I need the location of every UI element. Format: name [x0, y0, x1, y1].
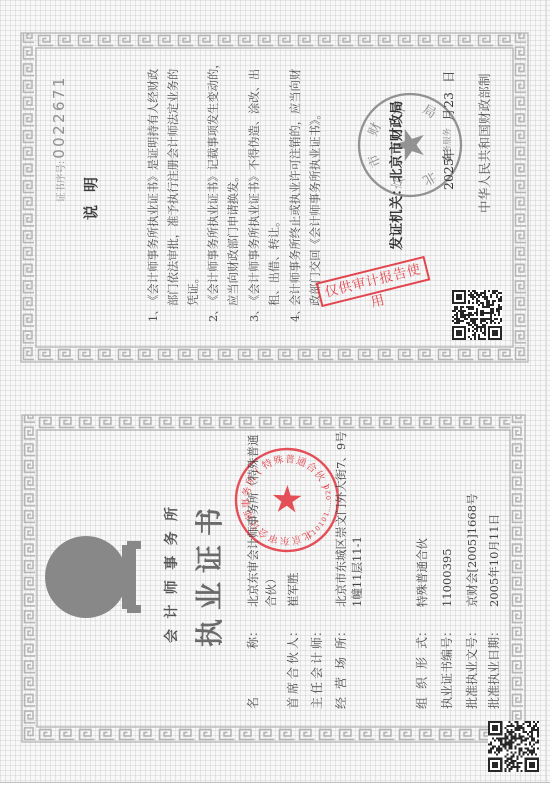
seal-char: 北 — [420, 168, 439, 187]
label-char: 准 — [487, 685, 501, 697]
national-emblem-icon — [45, 536, 141, 618]
firm-seal: 北京东审会计师事务所(特殊普通合伙) 110101……020 — [222, 435, 353, 566]
item-number: 1、 — [147, 304, 160, 323]
field-label: 组织形式 — [415, 637, 429, 709]
field-colon: ： — [334, 607, 348, 637]
label-char: 日 — [487, 649, 501, 661]
item-text-line: 应当向财政部门申请换发。 — [227, 170, 240, 306]
greek-key-border-right — [36, 33, 513, 48]
label-char: 号 — [440, 637, 454, 649]
field-value: 崔军胜 — [286, 573, 300, 608]
field-chief-partner: 首席合伙人 ： 崔军胜 — [286, 573, 300, 710]
label-char: 执 — [440, 697, 454, 709]
label-char: 证 — [440, 673, 454, 685]
certificate-title: 执业证书 — [194, 499, 226, 647]
field-label: 主任会计师 — [310, 637, 324, 709]
certificate-subtitle: 会计师事务所 — [164, 497, 180, 643]
item-text-line: 会计师事务所终止或执业许可注销的，应当向财 — [289, 69, 302, 306]
seal-char: 0 — [325, 496, 333, 501]
item-number: 2、 — [207, 304, 220, 323]
item-text-line: 凭证。 — [187, 272, 200, 306]
label-char: 首 — [286, 697, 300, 709]
qr-code — [452, 290, 502, 340]
field-colon: ： — [415, 607, 429, 637]
field-colon: ： — [440, 607, 454, 637]
certificate-scan: 北京市财政局 政务服务 北京东审会计师事务所(特殊普通合伙) 110101……0… — [0, 0, 550, 785]
label-char: 文 — [465, 649, 479, 661]
instructions-title: 说明 — [83, 164, 100, 220]
issue-day: 23 — [442, 92, 456, 108]
seal-char: 局 — [420, 102, 439, 121]
label-char: 计 — [310, 652, 324, 664]
field-value: 北京东审会计师事务所（特殊普通 — [246, 435, 260, 608]
label-char: 所 — [334, 637, 348, 649]
issue-year-unit: 年 — [442, 148, 456, 161]
greek-key-border-bottom — [510, 415, 525, 742]
field-value: 特殊普通合伙 — [415, 538, 429, 607]
label-char: 批 — [465, 697, 479, 709]
issue-month-unit: 月 — [442, 108, 456, 121]
field-value: 11000395 — [440, 548, 454, 607]
qr-code — [488, 721, 539, 772]
issue-day-unit: 日 — [442, 70, 456, 83]
item-number: 4、 — [289, 304, 302, 323]
label-char: 主 — [310, 697, 324, 709]
greek-key-border-bottom — [513, 33, 528, 362]
label-char: 形 — [415, 657, 429, 669]
label-char: 组 — [415, 697, 429, 709]
item-text-line: 《会计师事务所执业证书》是证明持有人经财政 — [147, 69, 160, 306]
seal-char: 东 — [280, 534, 291, 547]
label-char: 执 — [487, 673, 501, 685]
issuer-name: 北京市财政局 — [389, 100, 405, 182]
item-text-line: 租、出借、转让。 — [268, 216, 281, 306]
field-business-address: 经营场所 ： 北京市东城区崇文门外大街7、9号 — [334, 431, 348, 709]
serial-number-row: 证书序号: 0022671 — [50, 75, 68, 202]
label-char: 合 — [286, 667, 300, 679]
field-value-continued: 1幢11层11-1 — [350, 536, 364, 607]
issuer-label: 发证机关： — [389, 182, 405, 250]
label-char: 准 — [465, 685, 479, 697]
label-char: 号 — [465, 637, 479, 649]
field-colon: ： — [465, 607, 479, 637]
item-text-line: 《会计师事务所执业证书》记载事项发生变动的， — [207, 57, 220, 306]
field-label: 经营场所 — [334, 637, 348, 709]
field-value: 北京市东城区崇文门外大街7、9号 — [334, 431, 348, 607]
label-char: 编 — [440, 649, 454, 661]
item-text-line: 部门依法审批，准予执行注册会计师法定业务的 — [167, 69, 180, 306]
greek-key-border-top — [21, 33, 36, 362]
label-char: 经 — [334, 697, 348, 709]
seal-char: 京 — [290, 532, 303, 547]
label-char: 式 — [415, 637, 429, 649]
greek-key-border-left — [36, 347, 513, 362]
issuer-line: 发证机关：北京市财政局 — [390, 100, 405, 250]
ministry-footer: 中华人民共和国财政部制 — [478, 73, 492, 213]
greek-key-border-right — [37, 415, 510, 430]
field-license-number: 执业证书编号 ： 11000395 — [440, 548, 454, 709]
label-char: 伙 — [286, 652, 300, 664]
label-char: 席 — [286, 682, 300, 694]
field-value-continued: 合伙） — [264, 573, 278, 608]
field-label: 首席合伙人 — [286, 637, 300, 709]
field-label: 执业证书编号 — [440, 637, 454, 709]
label-char: 任 — [310, 682, 324, 694]
label-char: 名 — [246, 697, 260, 709]
seal-char: 普 — [284, 452, 295, 466]
label-char: 会 — [310, 667, 324, 679]
label-char: 书 — [440, 661, 454, 673]
field-label: 批准执业日期 — [487, 637, 501, 709]
field-colon: ： — [487, 607, 501, 637]
label-char: 营 — [334, 677, 348, 689]
field-chief-accountant: 主任会计师 ： — [310, 607, 324, 709]
serial-label: 证书序号: — [53, 161, 67, 202]
seal-char: 殊 — [272, 453, 285, 468]
label-char: 业 — [487, 661, 501, 673]
label-char: 业 — [465, 661, 479, 673]
field-value: 2005年10月11日 — [487, 514, 501, 607]
greek-key-border-top — [22, 415, 37, 742]
label-char: 批 — [487, 697, 501, 709]
label-char: 期 — [487, 637, 501, 649]
field-approval-document: 批准执业文号 ： 京财会[2005]1668号 — [465, 493, 479, 709]
label-char: 业 — [440, 685, 454, 697]
label-char: 织 — [415, 677, 429, 689]
field-organization-form: 组织形式 ： 特殊普通合伙 — [415, 538, 429, 709]
serial-number: 0022671 — [50, 75, 68, 159]
field-colon: ： — [246, 607, 260, 637]
greek-key-border-left — [37, 727, 510, 742]
field-approval-date: 批准执业日期 ： 2005年10月11日 — [487, 514, 501, 709]
field-value: 京财会[2005]1668号 — [465, 493, 479, 607]
field-colon: ： — [310, 607, 324, 637]
label-char: 场 — [334, 657, 348, 669]
seal-char: 市 — [366, 151, 385, 169]
issue-year: 2025 — [442, 158, 456, 190]
label-char: 师 — [310, 637, 324, 649]
field-label: 批准执业文号 — [465, 637, 479, 709]
seal-char: 财 — [365, 120, 385, 138]
label-char: 人 — [286, 637, 300, 649]
item-text-line: 政部门交回《会计师事务所执业证书》。 — [309, 108, 322, 306]
star-icon — [268, 481, 303, 517]
field-colon: ： — [286, 607, 300, 637]
field-label: 名称 — [246, 637, 260, 709]
field-name: 名称 ： 北京东审会计师事务所（特殊普通 — [246, 435, 260, 710]
item-text-line: 《会计师事务所执业证书》不得伪造、涂改、出 — [248, 69, 261, 306]
label-char: 称 — [246, 637, 260, 649]
label-char: 执 — [465, 673, 479, 685]
item-number: 3、 — [248, 304, 261, 323]
